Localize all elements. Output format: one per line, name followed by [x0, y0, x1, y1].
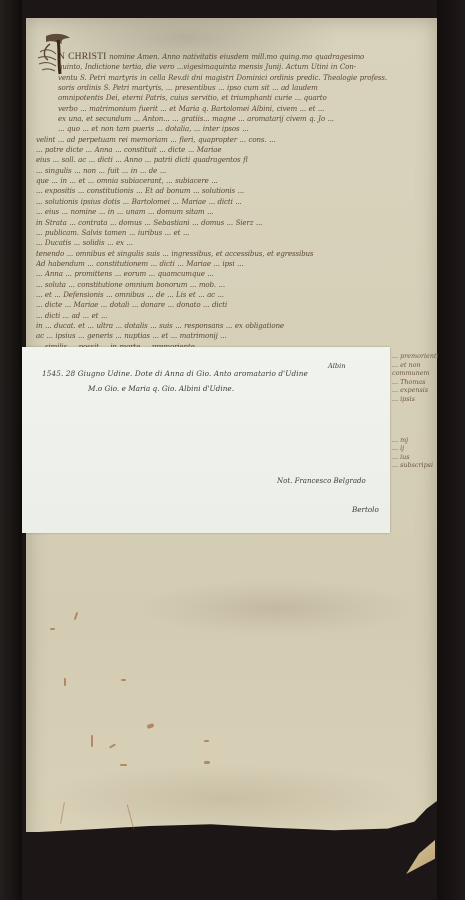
stain-mark — [204, 761, 210, 764]
body-line: omnipotentis Dei, eterni Patris, cuius s… — [58, 93, 426, 103]
margin-signature: ... subscripsi — [392, 461, 440, 470]
body-line: ... singulis ... non ... fuit ... in ...… — [36, 166, 426, 176]
body-line: ... soluta ... constitutione omnium bono… — [36, 280, 426, 290]
archive-backing-left — [0, 0, 22, 900]
margin-signature: ... mj — [392, 436, 440, 445]
body-line: eius ... soll. ac ... dicti ... Anno ...… — [36, 155, 426, 165]
body-line: que ... in ... et ... omnia subiacerant,… — [36, 176, 426, 186]
margin-signature: ... ius — [392, 453, 440, 462]
stain-mark — [91, 735, 93, 747]
body-line: ... expositis ... constitutionis ... Et … — [36, 186, 426, 196]
body-line: ... et ... Defensionis ... omnibus ... d… — [36, 290, 426, 300]
body-line: Ad habendum ... constitutionem ... dicti… — [36, 259, 426, 269]
right-margin-notes: ... premorienti ... et non communem ... … — [392, 352, 440, 470]
body-line: ... eius ... nomine ... in ... unam ... … — [36, 207, 426, 217]
body-line: verbo ... matrimonium fuerit ... et Mari… — [58, 104, 426, 114]
label-archivist-signature: Bertolo — [352, 505, 379, 514]
opening-line: N CHRISTI nomine Amen. Anno nativitatis … — [58, 52, 426, 62]
margin-signature: ... ij — [392, 444, 440, 453]
body-line: quinto, Indictione tertia, die vero ...v… — [58, 62, 426, 72]
body-line: ... dicte ... Mariae ... dotali ... dona… — [36, 300, 426, 310]
body-line: ... Ducatis ... solidis ... ex ... — [36, 238, 426, 248]
body-line: ventu S. Petri martyris in cella Rev.di … — [58, 73, 426, 83]
body-line: tenendo ... omnibus et singulis suis ...… — [36, 249, 426, 259]
stain-mark — [120, 764, 127, 766]
body-line: ... patre dicte ... Anna ... constituit … — [36, 145, 426, 155]
folded-corner — [403, 840, 435, 874]
document-body-text: N CHRISTI nomine Amen. Anno nativitatis … — [58, 52, 426, 373]
label-parties: M.o Gio. e Maria q. Gio. Albini d'Udine. — [88, 384, 234, 393]
body-line: ex una, et secundum ... Anton... ... gra… — [58, 114, 426, 124]
heading-caps: N CHRISTI — [58, 52, 106, 62]
label-notary-signature: Not. Francesco Belgrado — [277, 477, 366, 485]
archive-backing-right — [437, 0, 465, 900]
stain-mark — [204, 740, 209, 742]
stain-mark — [64, 678, 66, 686]
body-line: ... quo ... et non tam pueris ... dotali… — [58, 124, 426, 134]
body-line: velint ... ad perpetuam rei memoriam ...… — [36, 135, 426, 145]
body-line: ac ... ipsius ... generis ... nuptias ..… — [36, 331, 426, 341]
body-line: ... solutionis ipsius dotis ... Bartolom… — [36, 197, 426, 207]
stain-mark — [50, 628, 55, 630]
body-line: in ... ducat. et ... ultra ... dotalis .… — [36, 321, 426, 331]
body-line: soris ordinis S. Petri martyris, ... pre… — [58, 83, 426, 93]
archival-label: Albin 1545. 28 Giugno Udine. Dote di Ann… — [22, 347, 390, 533]
body-line: ... dicti ... ad ... et ... — [36, 311, 426, 321]
body-line: ... publicam. Salvis tamen ... iuribus .… — [36, 228, 426, 238]
body-line: in Strata ... contrata ... domus ... Seb… — [36, 218, 426, 228]
body-line: ... Anna ... promittens ... eorum ... qu… — [36, 269, 426, 279]
label-date-summary: 1545. 28 Giugno Udine. Dote di Anna di G… — [42, 369, 308, 378]
label-note-surname: Albin — [328, 362, 345, 370]
stain-mark — [121, 679, 126, 681]
